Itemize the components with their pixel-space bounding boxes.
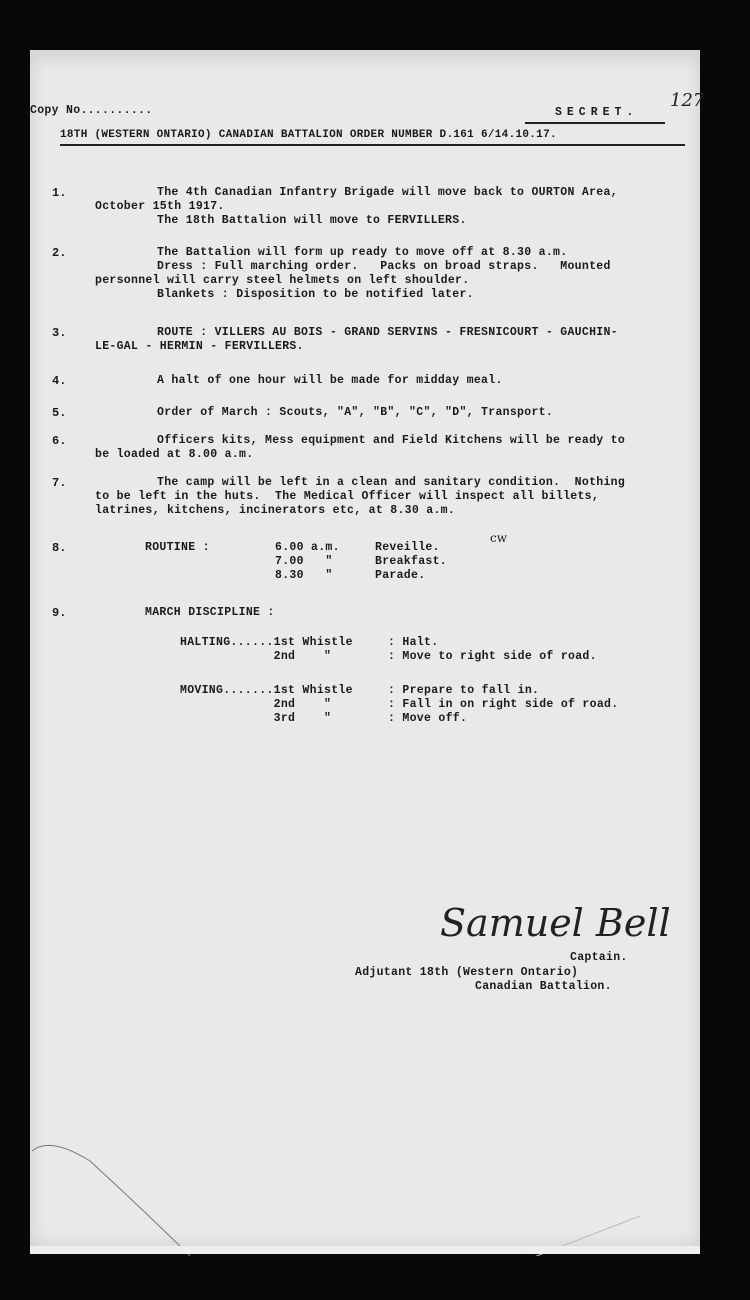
paragraph-number: 3. [52,326,66,340]
discipline-signal-meaning: : Move to right side of road. [388,650,597,664]
paragraph-line: A halt of one hour will be made for midd… [157,374,503,388]
page-number: 127 [670,90,704,111]
signature-unit: Canadian Battalion. [475,980,612,994]
routine-time: 7.00 " [275,555,333,569]
discipline-signal-head: MOVING.......1st Whistle [180,684,353,698]
paragraph-number: 7. [52,476,66,490]
paragraph-number: 8. [52,541,66,555]
paragraph-number: 4. [52,374,66,388]
routine-event: Reveille. [375,541,440,555]
discipline-signal-head: 2nd " [180,698,331,712]
paragraph-number: 1. [52,186,66,200]
discipline-signal-meaning: : Fall in on right side of road. [388,698,618,712]
signature: Samuel Bell [440,901,671,945]
paragraph-line: October 15th 1917. [95,200,225,214]
discipline-label: MARCH DISCIPLINE : [145,606,275,620]
classification-underline [525,122,665,124]
paragraph-number: 5. [52,406,66,420]
discipline-signal-meaning: : Prepare to fall in. [388,684,539,698]
paragraph-line: Blankets : Disposition to be notified la… [157,288,474,302]
routine-time: 6.00 a.m. [275,541,340,555]
routine-time: 8.30 " [275,569,333,583]
routine-label: ROUTINE : [145,541,210,555]
document-title: 18TH (WESTERN ONTARIO) CANADIAN BATTALIO… [60,128,557,142]
classification: SECRET. [555,106,638,120]
discipline-signal-head: 3rd " [180,712,331,726]
discipline-signal-head: HALTING......1st Whistle [180,636,353,650]
paper-fold-marks [30,1106,700,1256]
paragraph-line: Officers kits, Mess equipment and Field … [157,434,625,448]
paragraph-line: The Battalion will form up ready to move… [157,246,567,260]
paragraph-line: ROUTE : VILLERS AU BOIS - GRAND SERVINS … [157,326,618,340]
paragraph-line: LE-GAL - HERMIN - FERVILLERS. [95,340,304,354]
paragraph-line: be loaded at 8.00 a.m. [95,448,253,462]
paragraph-number: 9. [52,606,66,620]
paragraph-line: The 4th Canadian Infantry Brigade will m… [157,186,618,200]
paragraph-number: 6. [52,434,66,448]
paragraph-line: to be left in the huts. The Medical Offi… [95,490,599,504]
title-underline [60,144,685,146]
paragraph-line: The 18th Battalion will move to FERVILLE… [157,214,467,228]
paragraph-number: 2. [52,246,66,260]
handwritten-note: cw [490,531,507,545]
paragraph-line: personnel will carry steel helmets on le… [95,274,469,288]
signature-rank: Captain. [570,951,628,965]
discipline-signal-meaning: : Move off. [388,712,467,726]
copy-number: Copy No.......... [30,104,152,118]
discipline-signal-meaning: : Halt. [388,636,438,650]
discipline-signal-head: 2nd " [180,650,331,664]
document-page: Copy No.......... SECRET. 127 18TH (WEST… [30,50,700,1246]
routine-event: Parade. [375,569,425,583]
paragraph-line: The camp will be left in a clean and san… [157,476,625,490]
routine-event: Breakfast. [375,555,447,569]
paragraph-line: Dress : Full marching order. Packs on br… [157,260,611,274]
paragraph-line: Order of March : Scouts, "A", "B", "C", … [157,406,553,420]
paragraph-line: latrines, kitchens, incinerators etc, at… [95,504,455,518]
signature-title: Adjutant 18th (Western Ontario) [355,966,578,980]
